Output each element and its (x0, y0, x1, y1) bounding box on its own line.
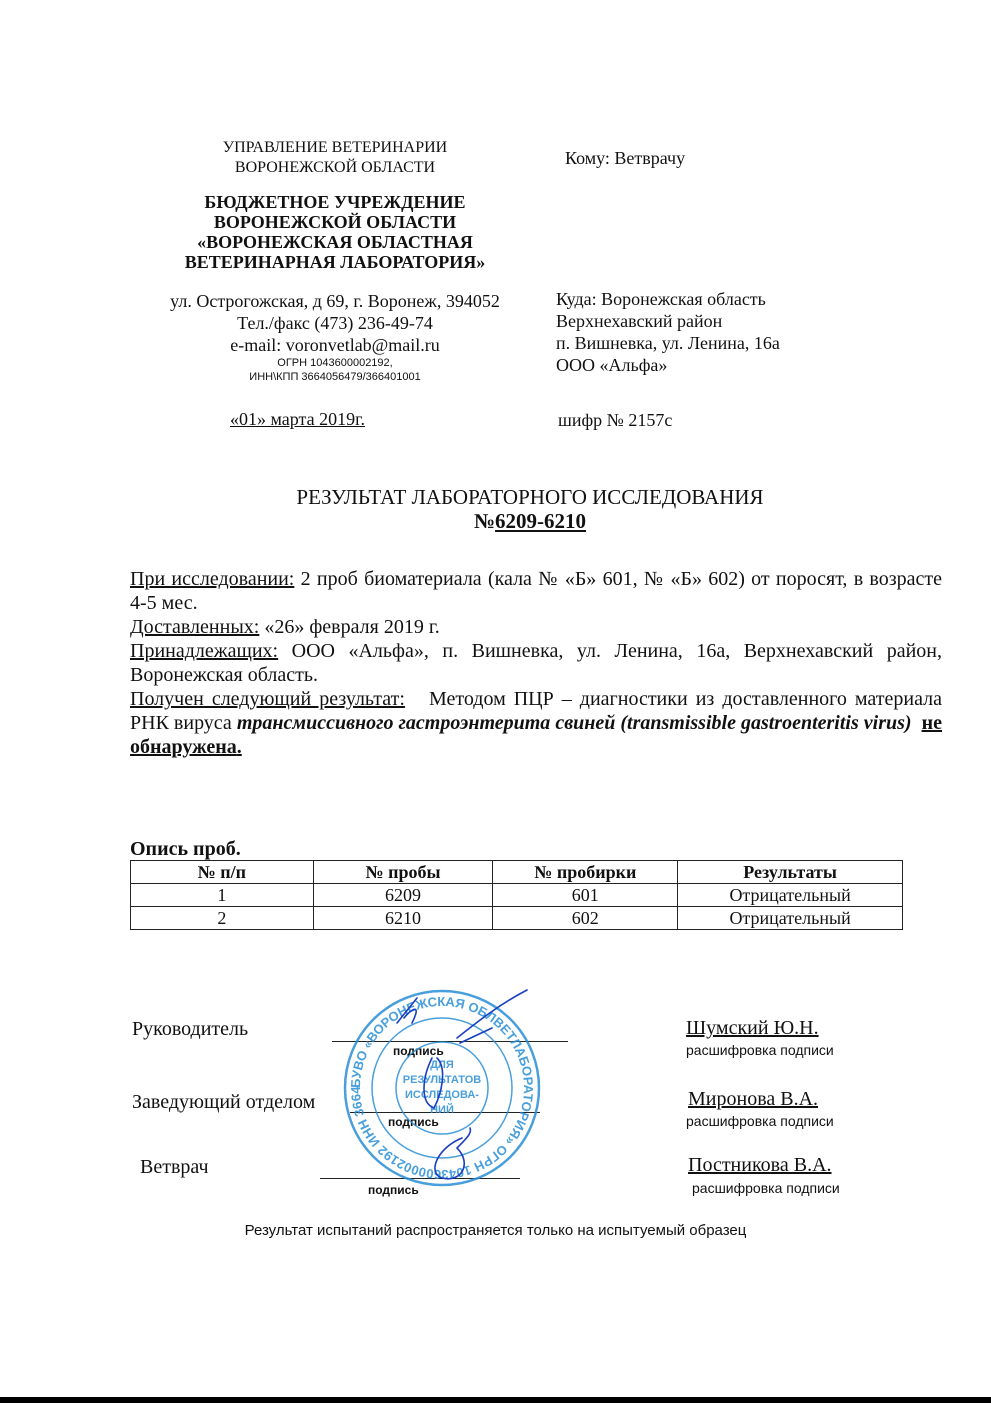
signature-role-vet: Ветврач (140, 1156, 209, 1179)
cell-result: Отрицательный (678, 907, 903, 930)
result-paragraph: Получен следующий результат: Методом ПЦР… (130, 687, 942, 759)
org-ogrn: ОГРН 1043600002192, (130, 356, 540, 370)
signer-decode-caption: расшифровка подписи (692, 1180, 840, 1196)
org-inn-kpp: ИНН\КПП 3664056479/366401001 (130, 370, 540, 384)
authority-line-1: УПРАВЛЕНИЕ ВЕТЕРИНАРИИ (130, 138, 540, 158)
research-paragraph: При исследовании: 2 проб биоматериала (к… (130, 567, 942, 615)
signer-name-head: Шумский Ю.Н. (686, 1017, 819, 1040)
address-line: Верхнехавский район (556, 310, 780, 332)
recipient-to: Кому: Ветврачу (565, 148, 685, 169)
org-line: ВОРОНЕЖСКОЙ ОБЛАСТИ (130, 212, 540, 232)
cell-index: 1 (131, 884, 314, 907)
scan-edge-bar (0, 1397, 991, 1403)
svg-text:РЕЗУЛЬТАТОВ: РЕЗУЛЬТАТОВ (403, 1074, 482, 1086)
delivered-text: «26» февраля 2019 г. (259, 616, 439, 638)
table-row: 2 6210 602 Отрицательный (131, 907, 903, 930)
col-header-result: Результаты (678, 861, 903, 884)
org-phone: Тел./факс (473) 236-49-74 (130, 312, 540, 334)
samples-table: № п/п № пробы № пробирки Результаты 1 62… (130, 860, 903, 930)
signature-line (320, 1178, 520, 1179)
signer-name-dept: Миронова В.А. (688, 1088, 818, 1111)
svg-text:ИССЛЕДОВА-: ИССЛЕДОВА- (405, 1089, 479, 1101)
signature-line (350, 1112, 540, 1113)
address-line: Куда: Воронежская область (556, 288, 780, 310)
title-main: РЕЗУЛЬТАТ ЛАБОРАТОРНОГО ИССЛЕДОВАНИЯ (0, 485, 991, 509)
cell-sample: 6209 (313, 884, 493, 907)
table-row: 1 6209 601 Отрицательный (131, 884, 903, 907)
delivered-label: Доставленных: (130, 616, 259, 638)
research-label: При исследовании: (130, 568, 294, 590)
research-body: При исследовании: 2 проб биоматериала (к… (130, 567, 942, 759)
verdict-period: . (237, 736, 242, 758)
table-header-row: № п/п № пробы № пробирки Результаты (131, 861, 903, 884)
official-stamp: БУВО «ВОРОНЕЖСКАЯ ОБЛВЕТЛАБОРАТОРИЯ» ОГР… (342, 988, 542, 1188)
svg-text:БУВО «ВОРОНЕЖСКАЯ ОБЛВЕТЛАБОРА: БУВО «ВОРОНЕЖСКАЯ ОБЛВЕТЛАБОРАТОРИЯ» ОГР… (342, 988, 536, 1182)
document-date: «01» марта 2019г. (230, 409, 365, 430)
signature-role-dept: Заведующий отделом (132, 1091, 315, 1114)
owner-label: Принадлежащих: (130, 640, 278, 662)
number-sign: № (474, 509, 495, 533)
delivered-paragraph: Доставленных: «26» февраля 2019 г. (130, 615, 942, 639)
cell-tube: 601 (493, 884, 678, 907)
address-line: п. Вишневка, ул. Ленина, 16а (556, 332, 780, 354)
org-line: БЮДЖЕТНОЕ УЧРЕЖДЕНИЕ (130, 192, 540, 212)
authority-line-2: ВОРОНЕЖСКОЙ ОБЛАСТИ (130, 158, 540, 178)
org-line: ВЕТЕРИНАРНАЯ ЛАБОРАТОРИЯ» (130, 252, 540, 272)
recipient-address: Куда: Воронежская область Верхнехавский … (556, 288, 780, 376)
col-header-sample: № пробы (313, 861, 493, 884)
org-line: «ВОРОНЕЖСКАЯ ОБЛАСТНАЯ (130, 232, 540, 252)
document-title: РЕЗУЛЬТАТ ЛАБОРАТОРНОГО ИССЛЕДОВАНИЯ №62… (0, 485, 991, 533)
signer-decode-caption: расшифровка подписи (686, 1042, 834, 1058)
result-label: Получен следующий результат: (130, 688, 405, 710)
signer-decode-caption: расшифровка подписи (686, 1113, 834, 1129)
org-address: ул. Острогожская, д 69, г. Воронеж, 3940… (130, 290, 540, 312)
signature-line (332, 1041, 568, 1042)
org-email: e-mail: voronvetlab@mail.ru (130, 334, 540, 356)
title-number: №6209-6210 (0, 509, 991, 533)
col-header-index: № п/п (131, 861, 314, 884)
handwritten-signature-icon (397, 990, 527, 1179)
organization-name: БЮДЖЕТНОЕ УЧРЕЖДЕНИЕ ВОРОНЕЖСКОЙ ОБЛАСТИ… (130, 192, 540, 272)
signature-caption: подпись (388, 1115, 439, 1129)
inventory-title: Опись проб. (130, 838, 241, 861)
cell-index: 2 (131, 907, 314, 930)
organization-contacts: ул. Острогожская, д 69, г. Воронеж, 3940… (130, 290, 540, 384)
footnote: Результат испытаний распространяется тол… (0, 1222, 991, 1239)
signature-caption: подпись (393, 1044, 444, 1058)
signature-role-head: Руководитель (132, 1018, 248, 1041)
signer-name-vet: Постникова В.А. (688, 1154, 832, 1177)
research-number: 6209-6210 (495, 509, 586, 533)
signature-caption: подпись (368, 1183, 419, 1197)
svg-text:ДЛЯ: ДЛЯ (430, 1059, 454, 1071)
cipher-number: шифр № 2157с (558, 410, 672, 431)
owner-paragraph: Принадлежащих: ООО «Альфа», п. Вишневка,… (130, 639, 942, 687)
cell-tube: 602 (493, 907, 678, 930)
cell-result: Отрицательный (678, 884, 903, 907)
cell-sample: 6210 (313, 907, 493, 930)
virus-name: трансмиссивного гастроэнтерита свиней (t… (237, 712, 912, 734)
col-header-tube: № пробирки (493, 861, 678, 884)
address-line: ООО «Альфа» (556, 354, 780, 376)
authority-header: УПРАВЛЕНИЕ ВЕТЕРИНАРИИ ВОРОНЕЖСКОЙ ОБЛАС… (130, 138, 540, 178)
